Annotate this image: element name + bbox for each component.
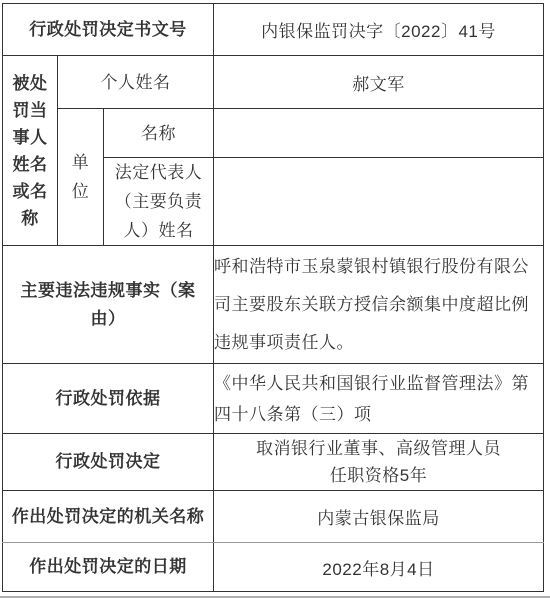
row-person-name: 被处 罚当 事人 姓名 或名 称 个人姓名 郝文军 (3, 56, 544, 109)
row-date: 作出处罚决定的日期 2022年8月4日 (3, 543, 544, 592)
org-name-value (214, 109, 544, 158)
person-name-label: 个人姓名 (58, 56, 214, 109)
facts-value: 呼和浩特市玉泉蒙银村镇银行股份有限公 司主要股东关联方授信余额集中度超比例 违规… (214, 246, 544, 364)
row-doc-number: 行政处罚决定书文号 内银保监罚决字〔2022〕41号 (3, 4, 544, 56)
doc-number-label: 行政处罚决定书文号 (3, 4, 214, 56)
date-value: 2022年8月4日 (214, 543, 544, 592)
row-authority: 作出处罚决定的机关名称 内蒙古银保监局 (3, 491, 544, 543)
authority-value: 内蒙古银保监局 (214, 491, 544, 543)
party-name-group-label: 被处 罚当 事人 姓名 或名 称 (3, 56, 58, 246)
row-basis: 行政处罚依据 《中华人民共和国银行业监督管理法》第 四十八条第（三）项 (3, 364, 544, 434)
person-name-value: 郝文军 (214, 56, 544, 109)
penalty-decision-table: 行政处罚决定书文号 内银保监罚决字〔2022〕41号 被处 罚当 事人 姓名 或… (2, 3, 544, 592)
date-label: 作出处罚决定的日期 (3, 543, 214, 592)
org-name-label: 名称 (104, 109, 214, 158)
penalty-decision-page: 行政处罚决定书文号 内银保监罚决字〔2022〕41号 被处 罚当 事人 姓名 或… (0, 0, 550, 599)
row-facts: 主要违法违规事实（案 由） 呼和浩特市玉泉蒙银村镇银行股份有限公 司主要股东关联… (3, 246, 544, 364)
doc-number-value: 内银保监罚决字〔2022〕41号 (214, 4, 544, 56)
decision-value: 取消银行业董事、高级管理人员 任职资格5年 (214, 434, 544, 491)
row-decision: 行政处罚决定 取消银行业董事、高级管理人员 任职资格5年 (3, 434, 544, 491)
row-org-name: 单 位 名称 (3, 109, 544, 158)
legal-rep-value (214, 158, 544, 246)
decision-label: 行政处罚决定 (3, 434, 214, 491)
authority-label: 作出处罚决定的机关名称 (3, 491, 214, 543)
page-bottom-divider (0, 596, 550, 598)
basis-value: 《中华人民共和国银行业监督管理法》第 四十八条第（三）项 (214, 364, 544, 434)
basis-label: 行政处罚依据 (3, 364, 214, 434)
legal-rep-label: 法定代表人 （主要负责 人）姓名 (104, 158, 214, 246)
facts-label: 主要违法违规事实（案 由） (3, 246, 214, 364)
unit-label: 单 位 (58, 109, 104, 246)
